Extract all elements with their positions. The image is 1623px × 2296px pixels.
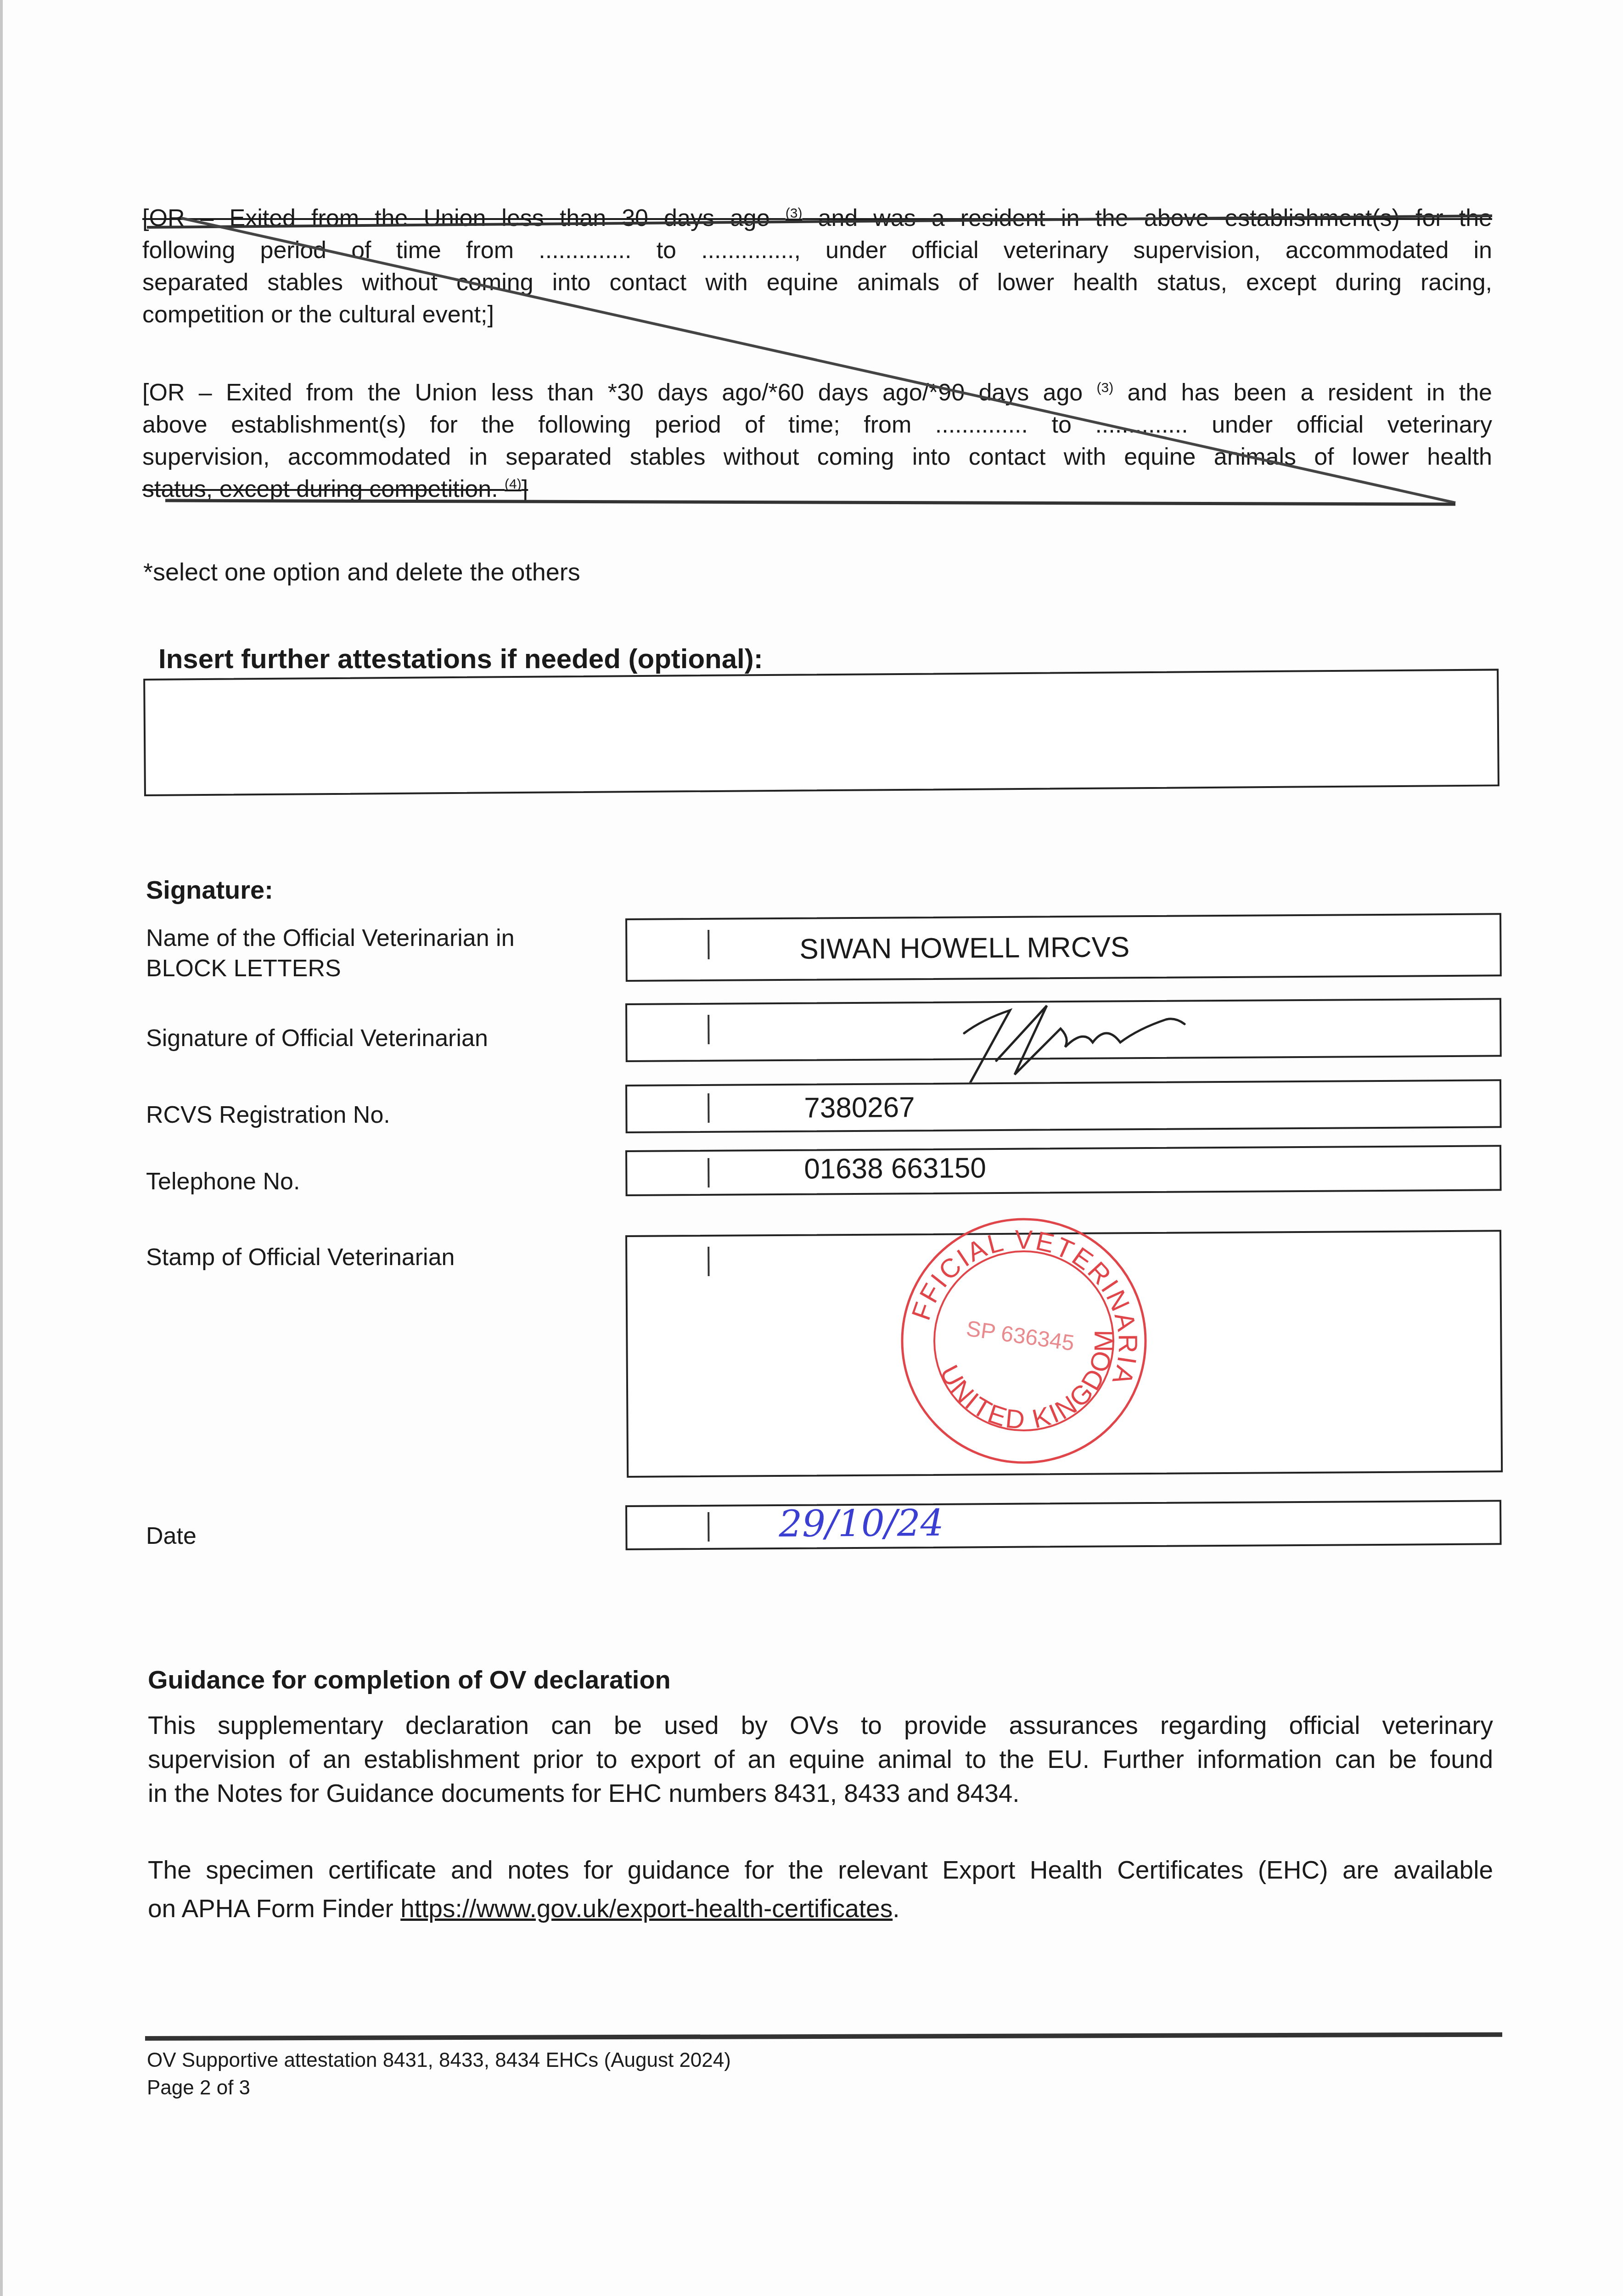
stamp-label: Stamp of Official Veterinarian — [146, 1242, 455, 1272]
name-value: SIWAN HOWELL MRCVS — [799, 931, 1129, 965]
guidance-heading: Guidance for completion of OV declaratio… — [148, 1665, 671, 1694]
footer-title: OV Supportive attestation 8431, 8433, 84… — [147, 2049, 731, 2072]
strike-line-bottom — [165, 501, 1455, 504]
export-health-certificates-link[interactable]: https://www.gov.uk/export-health-certifi… — [400, 1894, 893, 1923]
date-label: Date — [146, 1521, 197, 1551]
field-tick-mark — [708, 1015, 709, 1044]
guidance-paragraph-2: The specimen certificate and notes for g… — [148, 1851, 1493, 1928]
field-tick-mark — [708, 1512, 709, 1542]
footer-rule — [145, 2032, 1502, 2041]
footer-page-number: Page 2 of 3 — [147, 2077, 250, 2099]
field-tick-mark — [708, 1158, 709, 1187]
guidance-line: This supplementary declaration can be us… — [148, 1708, 1493, 1742]
field-tick-mark — [708, 1247, 709, 1276]
guidance-line: in the Notes for Guidance documents for … — [148, 1776, 1493, 1810]
date-value: 29/10/24 — [779, 1502, 944, 1545]
select-note: *select one option and delete the others — [143, 558, 580, 586]
signature-label: Signature of Official Veterinarian — [146, 1023, 488, 1053]
telephone-field[interactable]: 01638 663150 — [625, 1145, 1502, 1196]
rcvs-value: 7380267 — [804, 1091, 915, 1124]
field-tick-mark — [708, 1093, 709, 1123]
guidance-line-with-link: on APHA Form Finder https://www.gov.uk/e… — [148, 1889, 1493, 1928]
guidance-line: supervision of an establishment prior to… — [148, 1742, 1493, 1776]
signature-heading: Signature: — [146, 875, 273, 905]
strike-line-top — [147, 216, 1492, 227]
further-attestations-input[interactable] — [143, 669, 1499, 796]
stamp-center-number: SP 636345 — [965, 1317, 1076, 1356]
further-attestations-heading: Insert further attestations if needed (o… — [158, 643, 763, 675]
guidance-line: The specimen certificate and notes for g… — [148, 1851, 1493, 1889]
diagonal-cross-line — [181, 218, 1455, 503]
deletion-strokes — [0, 0, 1623, 551]
official-veterinarian-stamp: OFFICIAL VETERINARIAN UNITED KINGDOM SP … — [895, 1208, 1152, 1465]
guidance-paragraph-1: This supplementary declaration can be us… — [148, 1708, 1493, 1810]
date-field[interactable]: 29/10/24 — [625, 1500, 1502, 1550]
telephone-label: Telephone No. — [146, 1166, 300, 1197]
name-field[interactable]: SIWAN HOWELL MRCVS — [625, 913, 1502, 982]
name-label: Name of the Official Veterinarian in BLO… — [146, 923, 515, 984]
field-tick-mark — [708, 930, 709, 959]
rcvs-field[interactable]: 7380267 — [625, 1079, 1502, 1133]
telephone-value: 01638 663150 — [804, 1152, 986, 1185]
rcvs-label: RCVS Registration No. — [146, 1100, 390, 1130]
